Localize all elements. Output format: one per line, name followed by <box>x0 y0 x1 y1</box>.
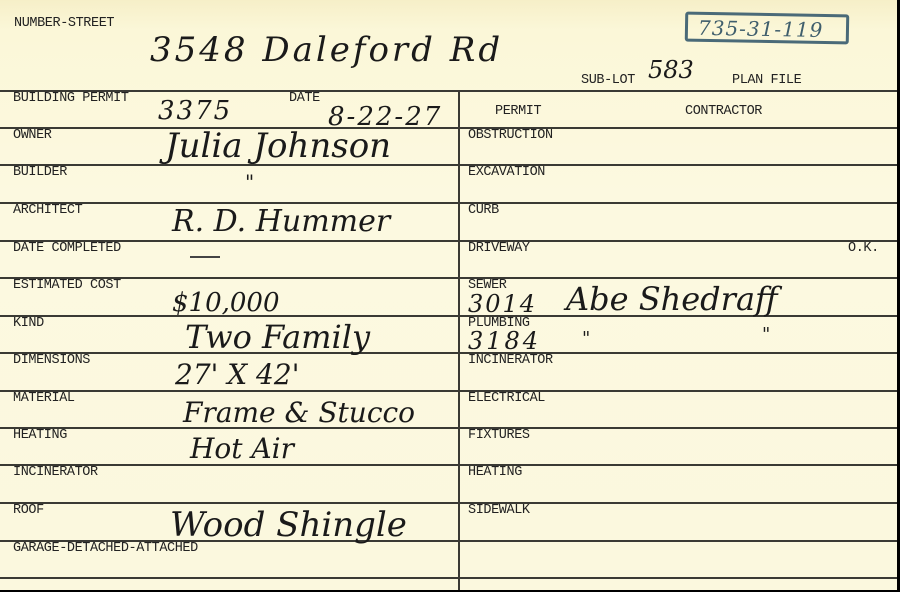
dimensions-label: DIMENSIONS <box>13 353 90 368</box>
number-street-label: NUMBER-STREET <box>14 16 114 31</box>
building-permit-card: NUMBER-STREET 3548 Daleford Rd 735-31-11… <box>0 0 897 590</box>
builder-label: BUILDER <box>13 165 67 180</box>
plumbing-contractor-ditto: " <box>582 328 590 349</box>
dimensions-value: 27' X 42' <box>175 358 299 391</box>
incinerator-permit-label: INCINERATOR <box>468 353 553 368</box>
rule-line <box>0 240 897 242</box>
driveway-label: DRIVEWAY <box>468 241 530 256</box>
estimated-cost-label: ESTIMATED COST <box>13 278 121 293</box>
material-value: Frame & Stucco <box>183 396 415 429</box>
estimated-cost-value: $10,000 <box>172 288 280 318</box>
sub-lot-value: 583 <box>648 56 694 84</box>
excavation-label: EXCAVATION <box>468 165 545 180</box>
file-number-value: 735-31-119 <box>698 16 824 42</box>
obstruction-label: OBSTRUCTION <box>468 128 553 143</box>
rule-line <box>0 127 897 129</box>
heating-permit-label: HEATING <box>468 465 522 480</box>
rule-line <box>0 502 897 504</box>
plumbing-contractor-ditto: " <box>762 324 770 345</box>
file-number-stamp: 735-31-119 <box>685 12 849 45</box>
date-completed-label: DATE COMPLETED <box>13 241 121 256</box>
incinerator-label: INCINERATOR <box>13 465 98 480</box>
heating-label: HEATING <box>13 428 67 443</box>
building-permit-label: BUILDING PERMIT <box>13 91 129 106</box>
sidewalk-label: SIDEWALK <box>468 503 530 518</box>
electrical-label: ELECTRICAL <box>468 391 545 406</box>
contractor-column-header: CONTRACTOR <box>685 104 762 119</box>
rule-line <box>0 352 897 354</box>
fixtures-label: FIXTURES <box>468 428 530 443</box>
builder-value-ditto: " <box>245 170 254 194</box>
roof-label: ROOF <box>13 503 44 518</box>
rule-line <box>0 90 897 92</box>
garage-label: GARAGE-DETACHED-ATTACHED <box>13 541 198 556</box>
permit-column-header: PERMIT <box>495 104 541 119</box>
owner-value: Julia Johnson <box>165 126 391 166</box>
architect-label: ARCHITECT <box>13 203 82 218</box>
rule-line <box>0 390 897 392</box>
kind-value: Two Family <box>185 318 370 356</box>
rule-line <box>0 427 897 429</box>
architect-value: R. D. Hummer <box>172 204 390 239</box>
driveway-status: O.K. <box>848 241 879 256</box>
number-street-value: 3548 Daleford Rd <box>150 30 503 70</box>
heating-value: Hot Air <box>190 432 294 465</box>
rule-line <box>0 202 897 204</box>
sewer-permit-value: 3014 <box>468 290 537 318</box>
column-divider <box>458 90 460 590</box>
rule-line <box>0 464 897 466</box>
roof-value: Wood Shingle <box>170 505 407 545</box>
building-permit-value: 3375 <box>158 96 232 126</box>
date-completed-dash <box>190 256 220 258</box>
rule-line <box>0 277 897 279</box>
curb-label: CURB <box>468 203 499 218</box>
rule-line <box>0 164 897 166</box>
material-label: MATERIAL <box>13 391 75 406</box>
kind-label: KIND <box>13 316 44 331</box>
rule-line <box>0 577 897 579</box>
date-label: DATE <box>289 91 320 106</box>
sewer-contractor-value: Abe Shedraff <box>566 280 778 318</box>
plan-file-label: PLAN FILE <box>732 73 801 88</box>
sub-lot-label: SUB-LOT <box>581 73 635 88</box>
owner-label: OWNER <box>13 128 52 143</box>
plumbing-permit-value: 3184 <box>468 327 541 355</box>
